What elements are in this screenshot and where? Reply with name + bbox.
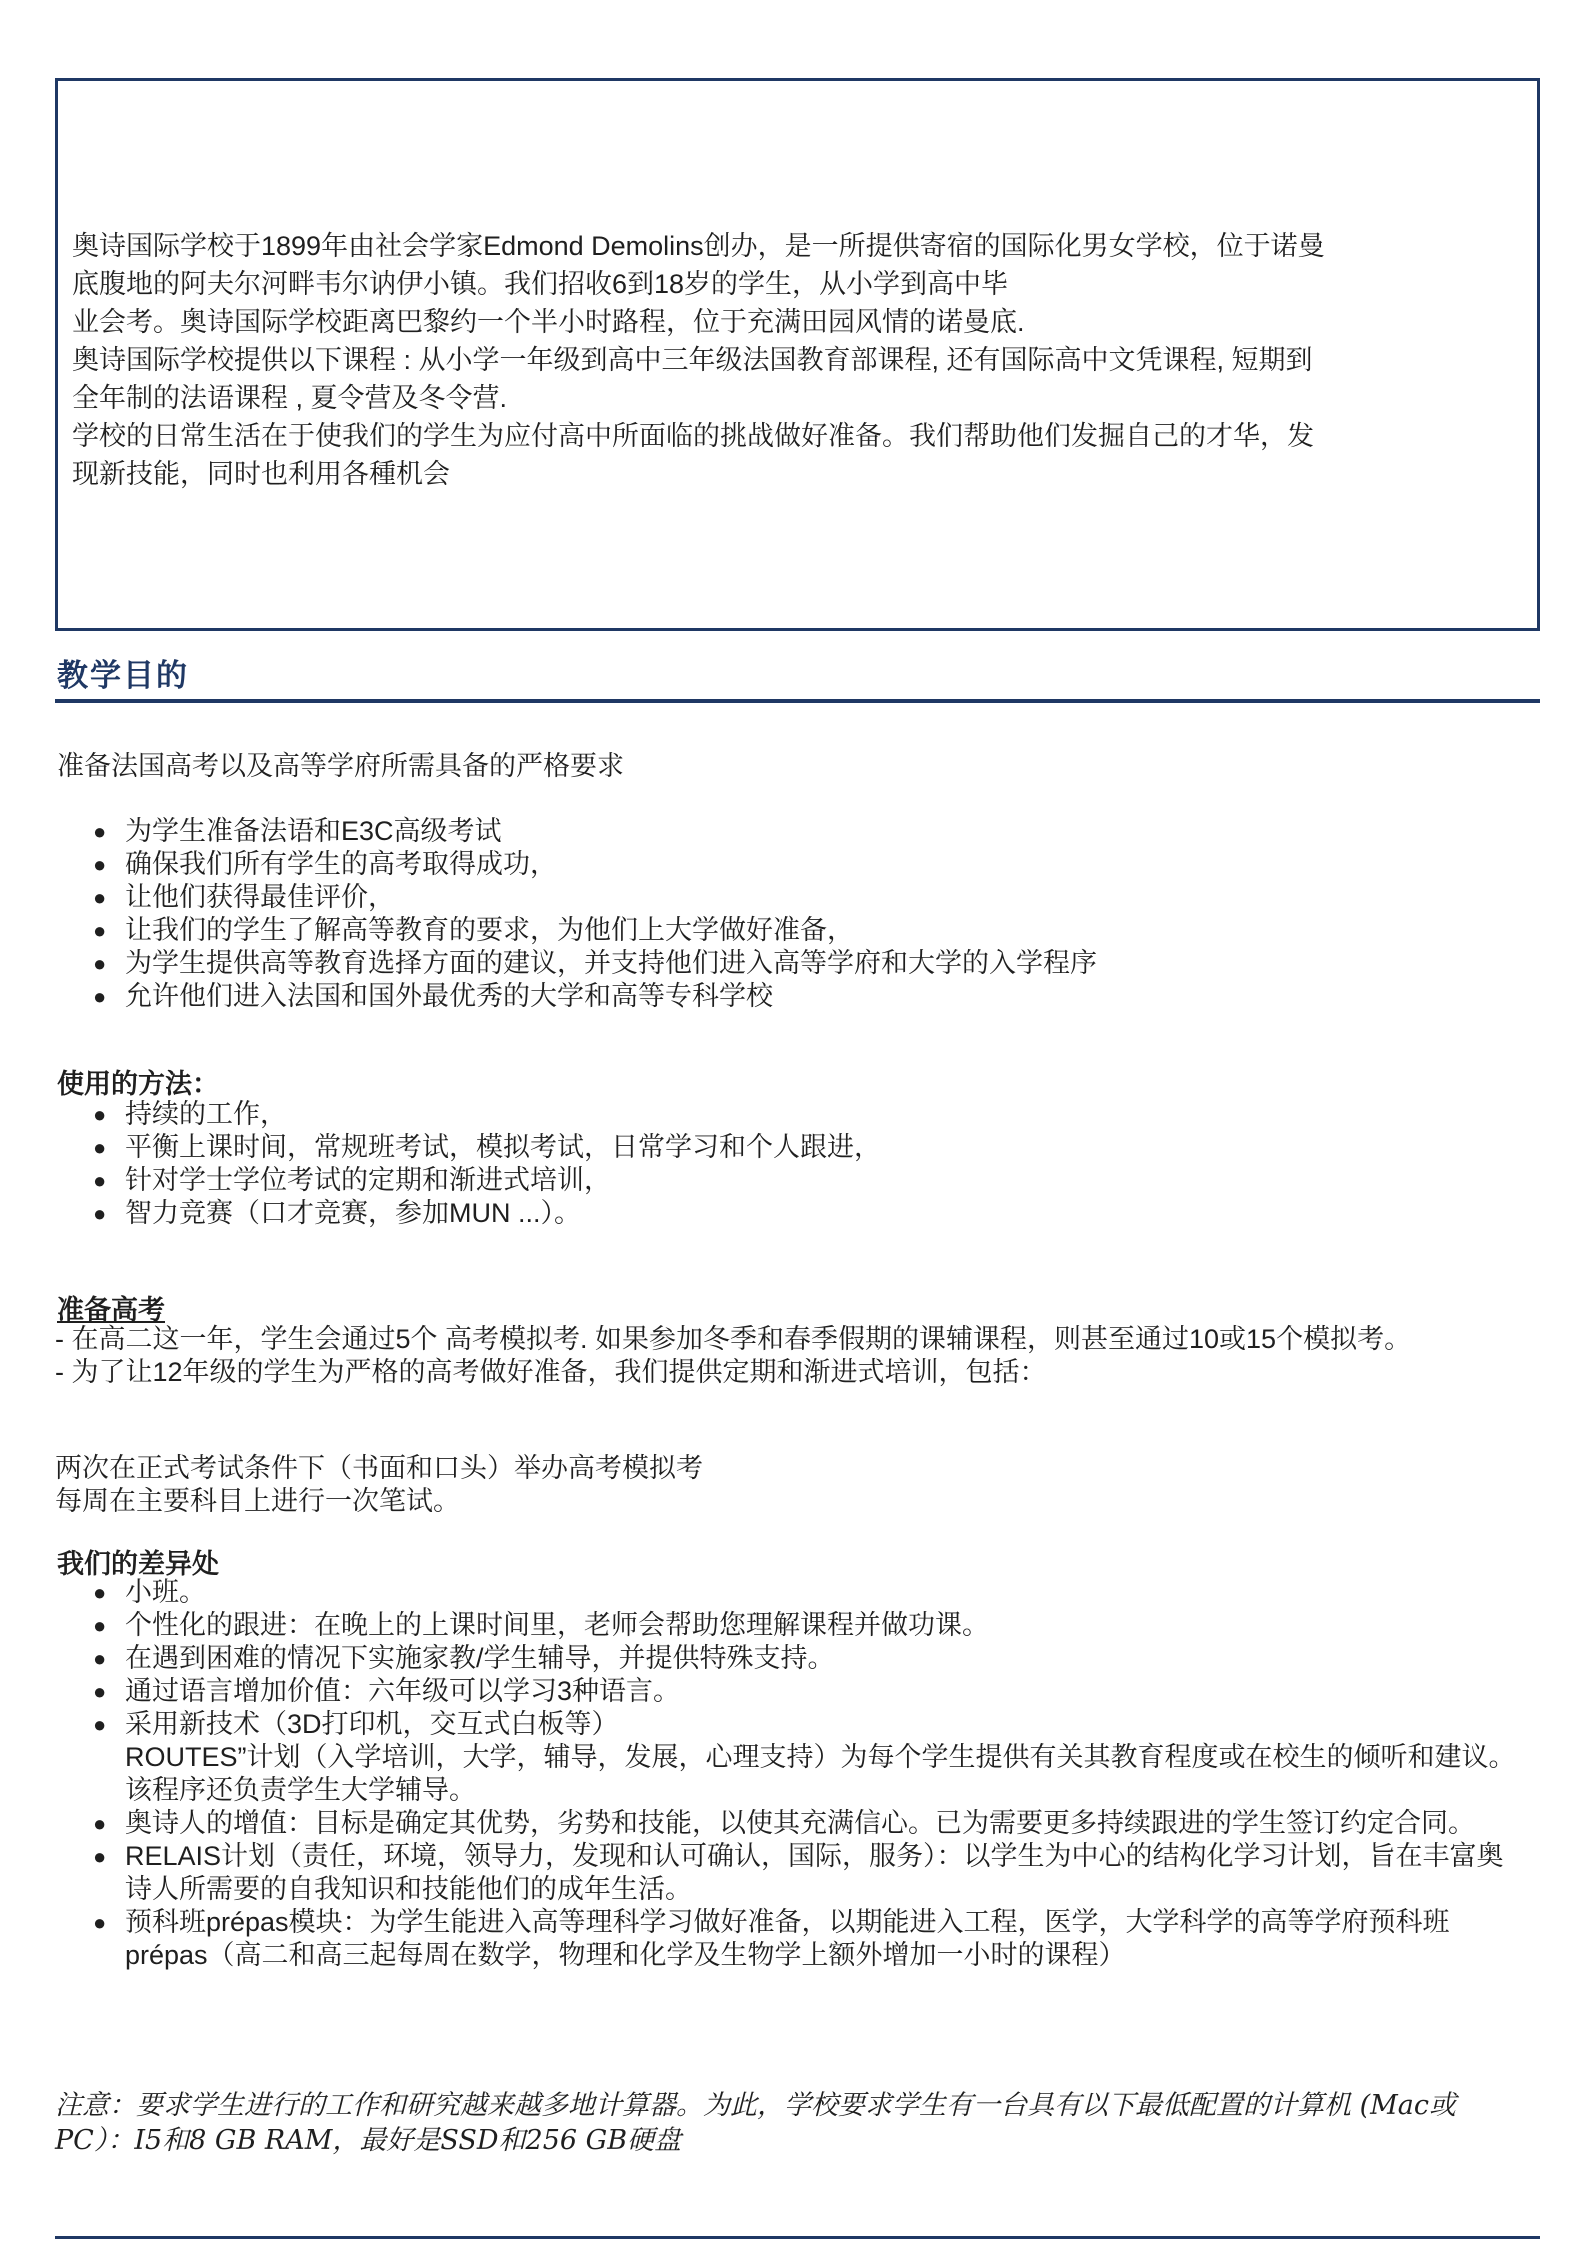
list-item-text: 通过语言增加价值：六年级可以学习3种语言。	[125, 1676, 680, 1706]
bullet-icon: ●	[93, 1609, 106, 1642]
bullet-icon: ●	[93, 1164, 106, 1197]
gaokao-paragraph: - 在高二这一年，学生会通过5个 高考模拟考. 如果参加冬季和春季假期的课辅课程…	[55, 1323, 1540, 1389]
bullet-icon: ●	[93, 848, 106, 881]
list-item: ●确保我们所有学生的高考取得成功，	[55, 848, 1540, 881]
list-item: ●智力竞赛（口才竞赛，参加MUN ...）。	[55, 1197, 1540, 1230]
list-item-text: 持续的工作，	[125, 1099, 287, 1129]
bullet-icon: ●	[93, 1197, 106, 1230]
list-item-text: 在遇到困难的情况下实施家教/学生辅导，并提供特殊支持。	[125, 1643, 835, 1673]
bullet-icon: ●	[93, 980, 106, 1013]
bullet-icon: ●	[93, 1098, 106, 1131]
objectives-list: ●为学生准备法语和E3C高级考试 ●确保我们所有学生的高考取得成功， ●让他们获…	[55, 815, 1540, 1013]
list-item: ●为学生准备法语和E3C高级考试	[55, 815, 1540, 848]
bullet-icon: ●	[93, 914, 106, 947]
bullet-icon: ●	[93, 947, 106, 980]
list-item: ●让我们的学生了解高等教育的要求，为他们上大学做好准备，	[55, 914, 1540, 947]
differences-list: ●小班。 ●个性化的跟进：在晚上的上课时间里，老师会帮助您理解课程并做功课。 ●…	[55, 1576, 1557, 1972]
list-item: ●平衡上课时间，常规班考试，模拟考试，日常学习和个人跟进，	[55, 1131, 1540, 1164]
list-item: ●预科班prépas模块：为学生能进入高等理科学习做好准备，以期能进入工程，医学…	[55, 1906, 1557, 1972]
bullet-icon: ●	[93, 1576, 106, 1609]
list-item-text: 平衡上课时间，常规班考试，模拟考试，日常学习和个人跟进，	[125, 1132, 881, 1162]
list-item: ●持续的工作，	[55, 1098, 1540, 1131]
list-item-text: 智力竞赛（口才竞赛，参加MUN ...）。	[125, 1198, 581, 1228]
bullet-icon: ●	[93, 1906, 106, 1939]
list-item: ●为学生提供高等教育选择方面的建议，并支持他们进入高等学府和大学的入学程序	[55, 947, 1540, 980]
title-rule	[55, 699, 1540, 703]
bullet-icon: ●	[93, 1807, 106, 1840]
list-item-text: 奥诗人的增值：目标是确定其优势，劣势和技能，以使其充满信心。已为需要更多持续跟进…	[125, 1808, 1475, 1838]
bullet-icon: ●	[93, 815, 106, 848]
list-item-text: 个性化的跟进：在晚上的上课时间里，老师会帮助您理解课程并做功课。	[125, 1610, 989, 1640]
next-section-box-top-rule	[55, 2236, 1540, 2239]
list-item: ●小班。	[55, 1576, 1557, 1609]
list-item: ●让他们获得最佳评价，	[55, 881, 1540, 914]
methods-list: ●持续的工作， ●平衡上课时间，常规班考试，模拟考试，日常学习和个人跟进， ●针…	[55, 1098, 1540, 1230]
objectives-intro: 准备法国高考以及高等学府所需具备的严格要求	[57, 750, 624, 783]
note-text: 注意：要求学生进行的工作和研究越来越多地计算器。为此，学校要求学生有一台具有以下…	[55, 2088, 1540, 2158]
list-item: ●RELAIS计划（责任，环境，领导力，发现和认可确认，国际，服务）：以学生为中…	[55, 1840, 1557, 1906]
list-item: ●个性化的跟进：在晚上的上课时间里，老师会帮助您理解课程并做功课。	[55, 1609, 1557, 1642]
section-title: 教学目的	[57, 650, 189, 695]
list-item-text: 小班。	[125, 1577, 206, 1607]
bullet-icon: ●	[93, 1131, 106, 1164]
list-item: ●采用新技术（3D打印机，交互式白板等） ROUTES”计划（入学培训，大学，辅…	[55, 1708, 1557, 1807]
list-item-text: 采用新技术（3D打印机，交互式白板等） ROUTES”计划（入学培训，大学，辅导…	[125, 1709, 1516, 1805]
list-item-text: 确保我们所有学生的高考取得成功，	[125, 849, 557, 879]
methods-heading: 使用的方法：	[57, 1062, 219, 1101]
list-item: ●通过语言增加价值：六年级可以学习3种语言。	[55, 1675, 1557, 1708]
list-item-text: 允许他们进入法国和国外最优秀的大学和高等专科学校	[125, 981, 773, 1011]
bullet-icon: ●	[93, 1675, 106, 1708]
bullet-icon: ●	[93, 1642, 106, 1675]
list-item: ●允许他们进入法国和国外最优秀的大学和高等专科学校	[55, 980, 1540, 1013]
intro-box: 奥诗国际学校于1899年由社会学家Edmond Demolins创办，是一所提供…	[55, 78, 1540, 631]
document-page: 奥诗国际学校于1899年由社会学家Edmond Demolins创办，是一所提供…	[0, 0, 1587, 2245]
list-item-text: 为学生准备法语和E3C高级考试	[125, 816, 502, 846]
bullet-icon: ●	[93, 1708, 106, 1741]
gaokao-followup: 两次在正式考试条件下（书面和口头）举办高考模拟考 每周在主要科目上进行一次笔试。	[55, 1452, 1540, 1518]
list-item-text: 让我们的学生了解高等教育的要求，为他们上大学做好准备，	[125, 915, 854, 945]
list-item-text: 让他们获得最佳评价，	[125, 882, 395, 912]
bullet-icon: ●	[93, 1840, 106, 1873]
gaokao-heading: 准备高考	[57, 1288, 165, 1327]
list-item-text: RELAIS计划（责任，环境，领导力，发现和认可确认，国际，服务）：以学生为中心…	[125, 1841, 1504, 1904]
intro-paragraph: 奥诗国际学校于1899年由社会学家Edmond Demolins创办，是一所提供…	[72, 227, 1497, 493]
list-item: ●在遇到困难的情况下实施家教/学生辅导，并提供特殊支持。	[55, 1642, 1557, 1675]
list-item-text: 预科班prépas模块：为学生能进入高等理科学习做好准备，以期能进入工程，医学，…	[125, 1907, 1450, 1970]
bullet-icon: ●	[93, 881, 106, 914]
list-item-text: 针对学士学位考试的定期和渐进式培训，	[125, 1165, 611, 1195]
list-item: ●奥诗人的增值：目标是确定其优势，劣势和技能，以使其充满信心。已为需要更多持续跟…	[55, 1807, 1557, 1840]
list-item: ●针对学士学位考试的定期和渐进式培训，	[55, 1164, 1540, 1197]
list-item-text: 为学生提供高等教育选择方面的建议，并支持他们进入高等学府和大学的入学程序	[125, 948, 1097, 978]
